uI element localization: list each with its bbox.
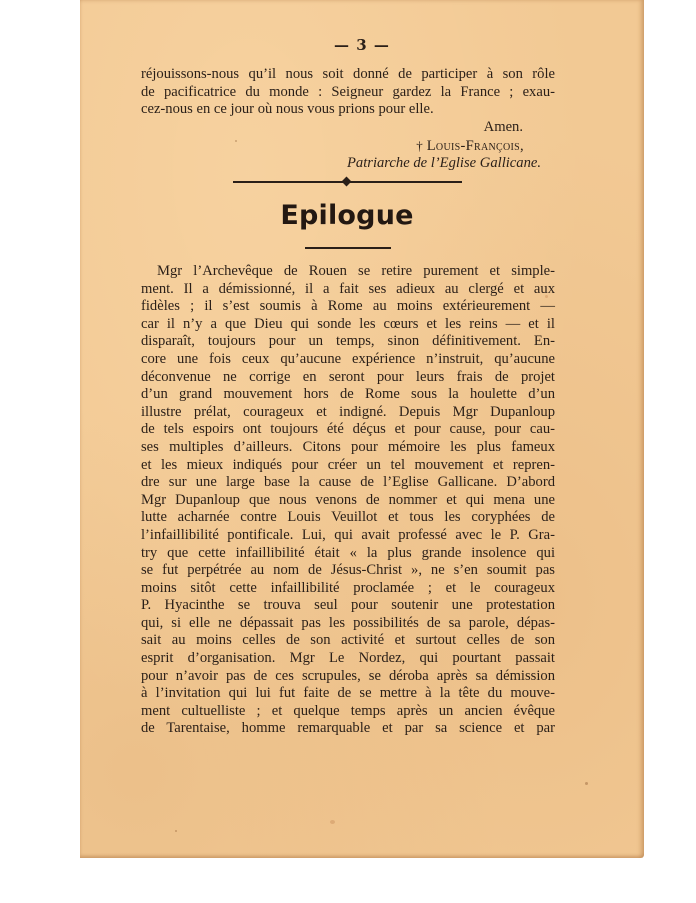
text-line: esprit d’organisation. Mgr Le Nordez, qu… bbox=[141, 650, 555, 668]
scanned-page: — 3 — réjouissons-nous qu’il nous soit d… bbox=[80, 0, 644, 858]
prayer-line: réjouissons-nous qu’il nous soit donné d… bbox=[141, 66, 555, 84]
signature: †Louis-François, bbox=[141, 137, 524, 156]
section-heading: Epilogue bbox=[80, 200, 614, 231]
text-line: de tels espoirs ont toujours été déçus e… bbox=[141, 421, 555, 439]
text-line: déconvenue ne corrige en seront pour leu… bbox=[141, 369, 555, 387]
text-line: P. Hyacinthe se trouva seul pour souteni… bbox=[141, 597, 555, 615]
text-line: se fut perpétrée au nom de Jésus-Christ … bbox=[141, 562, 555, 580]
text-line: dre sur une large base la cause de l’Egl… bbox=[141, 474, 555, 492]
text-line: d’un grand mouvement hors de Rome sous l… bbox=[141, 386, 555, 404]
text-line: ses multiples d’ailleurs. Citons pour mé… bbox=[141, 439, 555, 457]
prayer-line: de pacificatrice du monde : Seigneur gar… bbox=[141, 84, 555, 102]
text-line: lutte acharnée contre Louis Veuillot et … bbox=[141, 509, 555, 527]
signature-title: Patriarche de l’Eglise Gallicane. bbox=[141, 155, 541, 173]
text-line: ment cultuelliste ; et quelque temps apr… bbox=[141, 703, 555, 721]
diamond-ornament-icon bbox=[342, 177, 352, 187]
heading-underline bbox=[305, 247, 391, 249]
text-line: illustre prélat, courageux et indigné. D… bbox=[141, 404, 555, 422]
paper-speck bbox=[235, 140, 237, 142]
text-line: Mgr Dupanloup que nous venons de nommer … bbox=[141, 492, 555, 510]
text-line: de Tarentaise, homme remarquable et par … bbox=[141, 720, 555, 738]
page-number: — 3 — bbox=[80, 36, 644, 54]
text-line: moins sitôt cette infaillibilité proclam… bbox=[141, 580, 555, 598]
text-line: core une fois ceux qu’aucune expérience … bbox=[141, 351, 555, 369]
text-line: qui, si elle ne dépassait pas les possib… bbox=[141, 615, 555, 633]
text-line: fidèles ; il s’est soumis à Rome au moin… bbox=[141, 298, 555, 316]
paper-speck bbox=[545, 295, 548, 298]
text-line: l’infaillibilité pontificale. Lui, qui a… bbox=[141, 527, 555, 545]
text-line: car il n’y a que Dieu qui sonde les cœur… bbox=[141, 316, 555, 334]
paper-speck bbox=[330, 820, 335, 824]
text-line: et les mieux indiqués pour créer un tel … bbox=[141, 457, 555, 475]
amen: Amen. bbox=[141, 119, 523, 137]
epilogue-paragraph: Mgr l’Archevêque de Rouen se retire pure… bbox=[141, 263, 555, 738]
text-line: try que cette infaillibilité était « la … bbox=[141, 545, 555, 563]
cross-icon: † bbox=[416, 138, 423, 153]
text-line: à l’invitation qui lui fut faite de se m… bbox=[141, 685, 555, 703]
text-line: Mgr l’Archevêque de Rouen se retire pure… bbox=[141, 263, 555, 281]
prayer-line: cez-nous en ce jour où nous vous prions … bbox=[141, 101, 555, 119]
text-line: pour n’avoir pas de ces scrupules, se dé… bbox=[141, 668, 555, 686]
text-line: ment. Il a démissionné, il a fait ses ad… bbox=[141, 281, 555, 299]
signature-name: Louis-François, bbox=[427, 138, 524, 154]
paper-speck bbox=[175, 830, 177, 832]
paper-speck bbox=[585, 782, 588, 785]
text-line: sait au moins celles de son activité et … bbox=[141, 632, 555, 650]
prayer-paragraph: réjouissons-nous qu’il nous soit donné d… bbox=[141, 66, 555, 119]
text-line: disparaît, toujours pour un temps, sinon… bbox=[141, 333, 555, 351]
